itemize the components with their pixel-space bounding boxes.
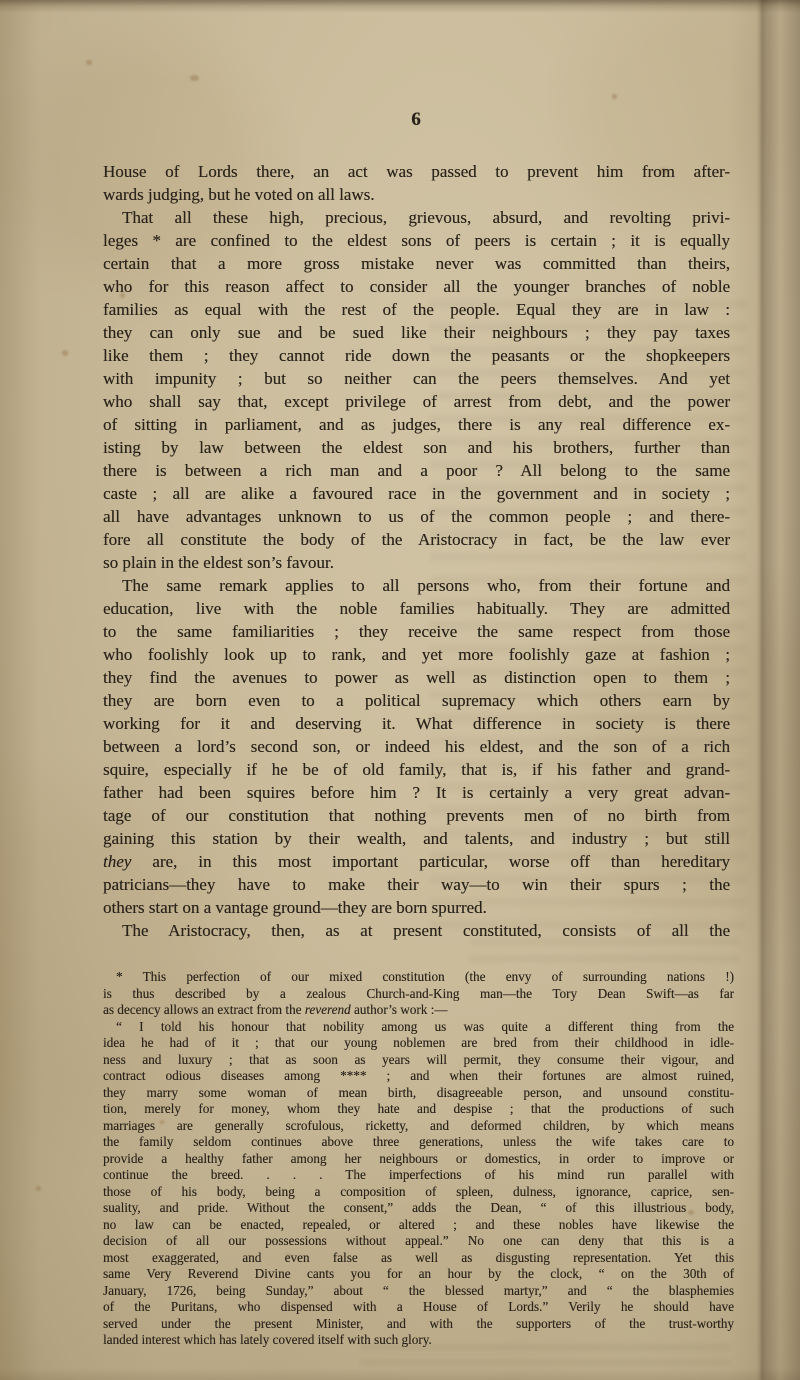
main-text: House of Lords there, an act was passed …	[103, 160, 730, 942]
text-line: with impunity ; but so neither can the p…	[103, 367, 730, 390]
text-line: That all these high, precious, grievous,…	[103, 206, 730, 229]
foxing-spot	[36, 1186, 41, 1191]
foxing-spot	[612, 94, 617, 99]
text-line: patricians—they have to make their way—t…	[103, 873, 730, 896]
text-line: education, live with the noble families …	[103, 597, 730, 620]
text-line: fore all constitute the body of the Aris…	[103, 528, 730, 551]
book-page: 6 House of Lords there, an act was passe…	[0, 0, 800, 1380]
foxing-spot	[86, 60, 92, 65]
footnote-line: provide a healthy father among her neigh…	[103, 1151, 734, 1168]
text-line: working for it and deserving it. What di…	[103, 712, 730, 735]
text-line: The same remark applies to all persons w…	[103, 574, 730, 597]
text-line: of sitting in parliament, and as judges,…	[103, 413, 730, 436]
foxing-spot	[190, 75, 199, 81]
footnote-line: marriages are generally scrofulous, rick…	[103, 1118, 734, 1135]
text-line: who shall say that, except privilege of …	[103, 390, 730, 413]
footnote-line: as decency allows an extract from the re…	[103, 1002, 734, 1019]
text-line: isting by law between the eldest son and…	[103, 436, 730, 459]
footnote-line: January, 1726, being Sunday,” about “ th…	[103, 1283, 734, 1300]
text-line: father had been squires before him ? It …	[103, 781, 730, 804]
text-line: gaining this station by their wealth, an…	[103, 827, 730, 850]
ghost-showthrough	[470, 938, 740, 972]
footnote-text: * This perfection of our mixed constitut…	[103, 969, 734, 1349]
footnote-line: landed interest which has lately covered…	[103, 1332, 734, 1349]
text-line: all have advantages unknown to us of the…	[103, 505, 730, 528]
text-line: to the same familiarities ; they receive…	[103, 620, 730, 643]
footnote-line: * This perfection of our mixed constitut…	[103, 969, 734, 986]
footnote-line: decision of all our possessions without …	[103, 1233, 734, 1250]
text-line: others start on a vantage ground—they ar…	[103, 896, 730, 919]
footnote-line: no law can be enacted, repealed, or alte…	[103, 1217, 734, 1234]
footnote-line: tion, merely for money, whom they hate a…	[103, 1101, 734, 1118]
text-line: tage of our constitution that nothing pr…	[103, 804, 730, 827]
text-line: The Aristocracy, then, as at present con…	[103, 919, 730, 942]
footnote-line: same Very Reverend Divine cants you for …	[103, 1266, 734, 1283]
footnote-line: suality, and pride. Without the consent,…	[103, 1200, 734, 1217]
footnote-line: they marry some woman of mean birth, dis…	[103, 1085, 734, 1102]
text-line: leges * are confined to the eldest sons …	[103, 229, 730, 252]
footnote-line: served under the present Minister, and w…	[103, 1316, 734, 1333]
text-line: who foolishly look up to rank, and yet m…	[103, 643, 730, 666]
foxing-spot	[62, 350, 68, 356]
footnote-line: of the Puritans, who dispensed with a Ho…	[103, 1299, 734, 1316]
footnote-line: ness and luxury ; that as soon as years …	[103, 1052, 734, 1069]
page-curl-crease	[761, 0, 763, 1380]
footnote-line: continue the breed. . . . The imperfecti…	[103, 1167, 734, 1184]
text-line: they are born even to a political suprem…	[103, 689, 730, 712]
text-line: wards judging, but he voted on all laws.	[103, 183, 730, 206]
footnote-line: “ I told his honour that nobility among …	[103, 1019, 734, 1036]
text-line: like them ; they cannot ride down the pe…	[103, 344, 730, 367]
text-line: they find the avenues to power as well a…	[103, 666, 730, 689]
footnote-line: is thus described by a zealous Church-an…	[103, 986, 734, 1003]
text-line: families as equal with the rest of the p…	[103, 298, 730, 321]
footnote-line: those of his body, being a composition o…	[103, 1184, 734, 1201]
footnote-line: the family seldom continues above three …	[103, 1134, 734, 1151]
text-line: they are, in this most important particu…	[103, 850, 730, 873]
text-line: between a lord’s second son, or indeed h…	[103, 735, 730, 758]
text-line: so plain in the eldest son’s favour.	[103, 551, 730, 574]
text-line: caste ; all are alike a favoured race in…	[103, 482, 730, 505]
text-line: who for this reason affect to consider a…	[103, 275, 730, 298]
text-line: squire, especially if he be of old famil…	[103, 758, 730, 781]
footnote-line: idea he had of it ; that our young noble…	[103, 1035, 734, 1052]
text-line: certain that a more gross mistake never …	[103, 252, 730, 275]
text-line: there is between a rich man and a poor ?…	[103, 459, 730, 482]
page-number: 6	[103, 109, 730, 131]
footnote-line: contract odious diseases among **** ; an…	[103, 1068, 734, 1085]
text-line: House of Lords there, an act was passed …	[103, 160, 730, 183]
footnote-line: most exaggerated, and even false as well…	[103, 1250, 734, 1267]
text-line: they can only sue and be sued like their…	[103, 321, 730, 344]
